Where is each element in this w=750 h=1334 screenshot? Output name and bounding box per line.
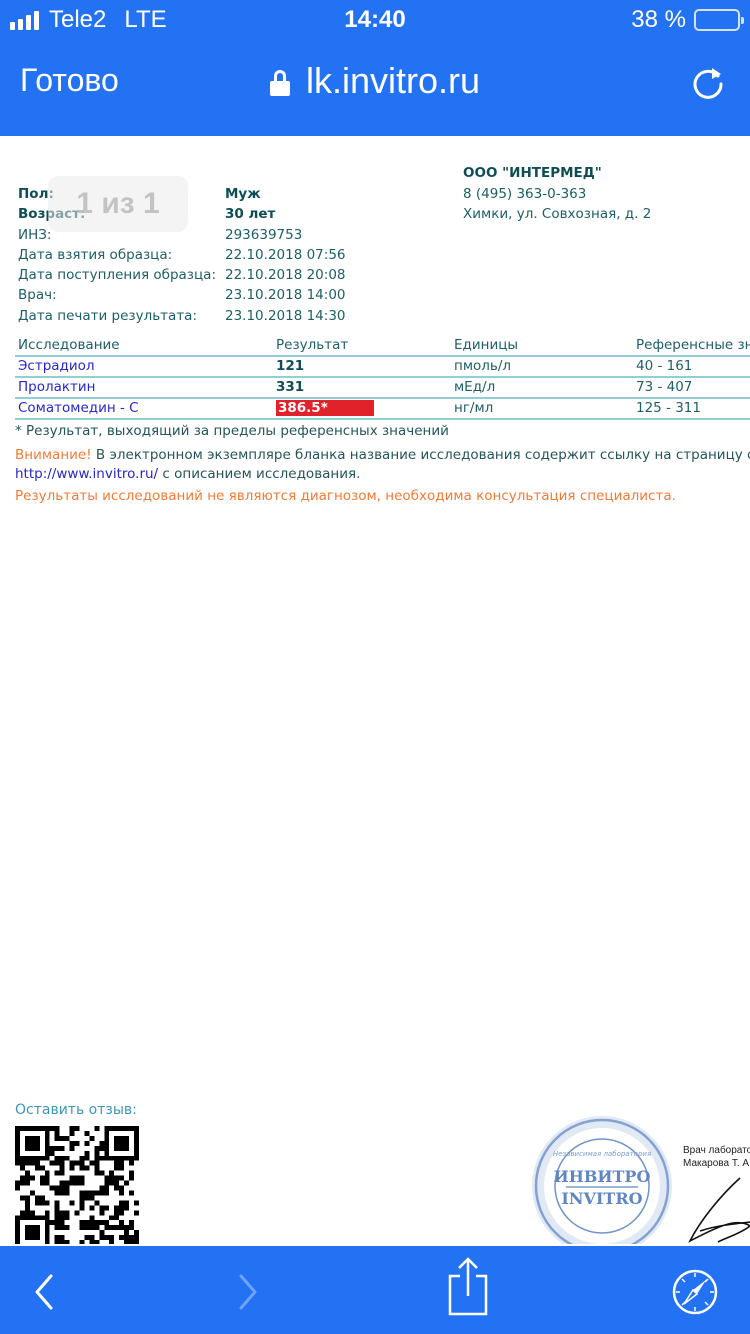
patient-field-value: 22.10.2018 07:56	[225, 245, 346, 265]
patient-field: Дата печати результата:23.10.2018 14:30	[18, 306, 346, 326]
result-row: Эстрадиол121пмоль/л40 - 161	[15, 357, 750, 378]
svg-text:ИНВИТРО: ИНВИТРО	[554, 1167, 651, 1186]
doctor-name: Макарова Т. А	[683, 1157, 750, 1170]
back-icon	[29, 1272, 59, 1312]
lock-icon	[270, 70, 290, 96]
result-value: 121	[276, 358, 304, 374]
patient-field: Врач:23.10.2018 14:00	[18, 285, 346, 305]
attention-note: Внимание! В электронном экземпляре бланк…	[15, 446, 750, 484]
attention-text: В электронном экземпляре бланка название…	[92, 447, 750, 463]
browser-header: Tele2 LTE 14:40 38 % Готово lk.invitro.r…	[0, 0, 750, 136]
safari-button[interactable]	[665, 1264, 725, 1320]
header-units: Единицы	[454, 336, 518, 355]
patient-field-value: 30 лет	[225, 204, 275, 224]
result-reference: 125 - 311	[636, 399, 701, 418]
attention-label: Внимание!	[15, 447, 92, 463]
patient-field-value: 293639753	[225, 225, 302, 245]
patient-field-value: 23.10.2018 14:00	[225, 285, 346, 305]
result-units: мЕд/л	[454, 378, 495, 397]
result-value: 331	[276, 379, 304, 395]
doctor-signature-block: Врач лаборато Макарова Т. А	[683, 1144, 750, 1170]
svg-text:Независимая лаборатория: Независимая лаборатория	[553, 1150, 651, 1158]
result-row: Пролактин331мЕд/л73 - 407	[15, 378, 750, 399]
status-right: 38 %	[631, 6, 740, 34]
battery-icon	[694, 9, 740, 31]
disclaimer: Результаты исследований не являются диаг…	[15, 488, 676, 504]
test-name-link[interactable]: Эстрадиол	[18, 358, 95, 374]
share-icon	[446, 1256, 490, 1316]
patient-field-label: Дата поступления образца:	[18, 265, 225, 285]
result-reference: 73 - 407	[636, 378, 692, 397]
patient-field-label: Врач:	[18, 285, 225, 305]
browser-toolbar	[0, 1246, 750, 1334]
patient-field-value: Муж	[225, 184, 261, 204]
header-reference: Референсные зна	[636, 336, 750, 355]
result-row: Соматомедин - С386.5*нг/мл125 - 311	[15, 399, 750, 420]
battery-percent: 38 %	[631, 6, 686, 34]
header-test: Исследование	[18, 336, 120, 355]
navigation-bar: Готово lk.invitro.ru	[0, 54, 750, 110]
organization-name: ООО "ИНТЕРМЕД"	[463, 163, 651, 184]
organization-phone: 8 (495) 363-0-363	[463, 184, 651, 205]
feedback-qr-code[interactable]	[15, 1126, 139, 1244]
lab-stamp: ИНВИТРО INVITRO Независимая лаборатория	[532, 1116, 672, 1244]
feedback-label: Оставить отзыв:	[15, 1102, 137, 1118]
result-value-flagged: 386.5*	[276, 400, 374, 416]
site-link[interactable]: http://www.invitro.ru/	[15, 466, 158, 482]
safari-compass-icon	[670, 1267, 720, 1317]
share-button[interactable]	[438, 1258, 498, 1314]
header-result: Результат	[276, 336, 348, 355]
patient-field-value: 22.10.2018 20:08	[225, 265, 346, 285]
url-text: lk.invitro.ru	[306, 60, 480, 102]
result-units: нг/мл	[454, 399, 493, 418]
forward-button[interactable]	[218, 1264, 278, 1320]
patient-field-label: Дата взятия образца:	[18, 245, 225, 265]
svg-text:INVITRO: INVITRO	[561, 1189, 642, 1208]
signature	[680, 1176, 750, 1244]
organization-address: Химки, ул. Совхозная, д. 2	[463, 204, 651, 225]
patient-field: Дата поступления образца:22.10.2018 20:0…	[18, 265, 346, 285]
address-bar[interactable]: lk.invitro.ru	[0, 60, 750, 102]
footnote: * Результат, выходящий за пределы рефере…	[15, 423, 449, 439]
results-table: Исследование Результат Единицы Референсн…	[15, 336, 750, 420]
back-button[interactable]	[14, 1264, 74, 1320]
page-indicator: 1 из 1	[48, 176, 188, 232]
results-header-row: Исследование Результат Единицы Референсн…	[15, 336, 750, 357]
patient-field: Дата взятия образца:22.10.2018 07:56	[18, 245, 346, 265]
doctor-title: Врач лаборато	[683, 1144, 750, 1157]
test-name-link[interactable]: Пролактин	[18, 379, 96, 395]
patient-field-label: Дата печати результата:	[18, 306, 225, 326]
attention-text-2: с описанием исследования.	[158, 466, 360, 482]
lab-report-document: Пол:МужВозраст:30 летИНЗ:293639753Дата в…	[0, 136, 750, 1244]
forward-icon	[233, 1272, 263, 1312]
result-units: пмоль/л	[454, 357, 511, 376]
patient-field-value: 23.10.2018 14:30	[225, 306, 346, 326]
reload-icon[interactable]	[688, 62, 728, 102]
result-reference: 40 - 161	[636, 357, 692, 376]
results-body: Эстрадиол121пмоль/л40 - 161Пролактин331м…	[15, 357, 750, 420]
status-bar: Tele2 LTE 14:40 38 %	[0, 0, 750, 40]
test-name-link[interactable]: Соматомедин - С	[18, 400, 139, 416]
organization-info: ООО "ИНТЕРМЕД" 8 (495) 363-0-363 Химки, …	[463, 163, 651, 225]
